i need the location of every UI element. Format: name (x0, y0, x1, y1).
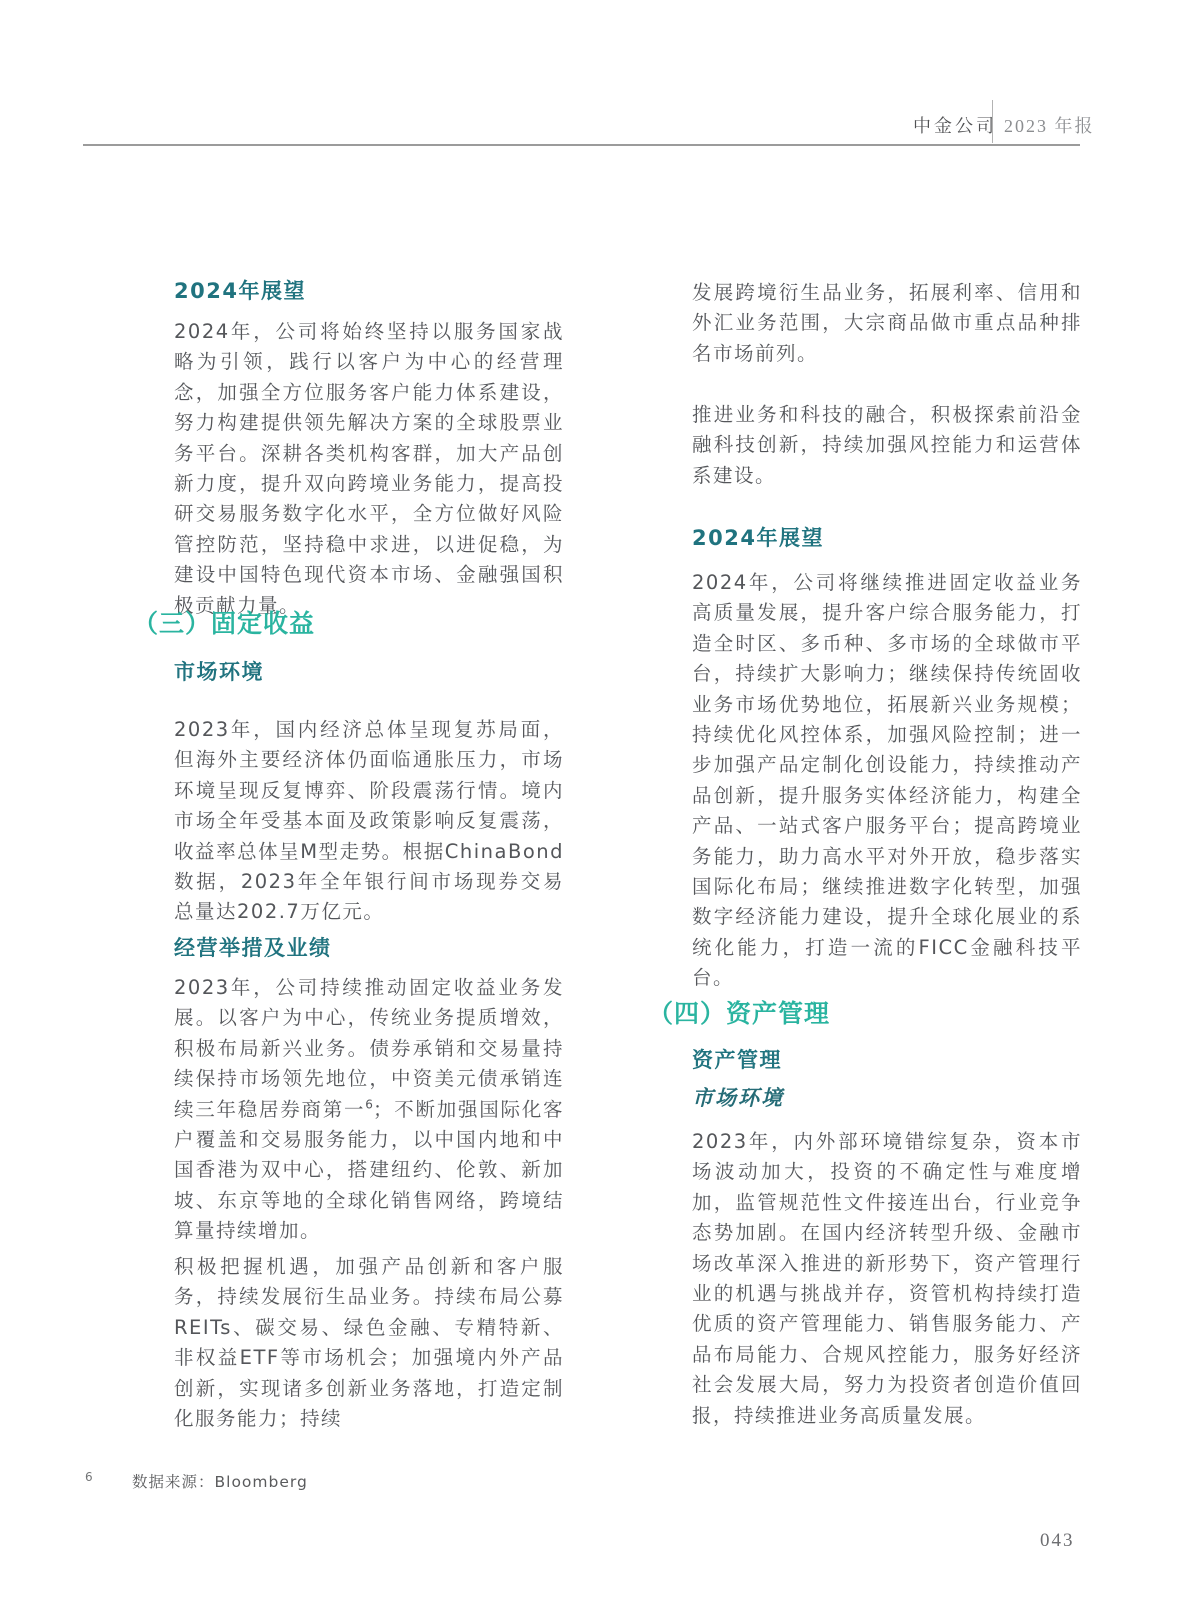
header-report-year: 2023 年报 (1004, 112, 1095, 138)
header-rule (83, 144, 1080, 146)
footnote-ref-superscript: 6 (365, 1097, 373, 1111)
section-heading-fixed-income: （三）固定收益 (133, 604, 315, 640)
footnote-text: 数据来源：Bloomberg (132, 1470, 308, 1492)
right-continuation-paragraph: 发展跨境衍生品业务，拓展利率、信用和外汇业务范围，大宗商品做市重点品种排名市场前… (692, 278, 1082, 369)
left-outlook-2024-paragraph: 2024年，公司将始终坚持以服务国家战略为引领，践行以客户为中心的经营理念，加强… (174, 317, 564, 621)
left-market-environment-heading: 市场环境 (174, 656, 264, 686)
page-number: 043 (1040, 1530, 1075, 1552)
right-market-environment-italic-heading: 市场环境 (692, 1082, 784, 1112)
left-market-environment-paragraph: 2023年，国内经济总体呈现复苏局面，但海外主要经济体仍面临通胀压力，市场环境呈… (174, 715, 564, 928)
report-page: 中金公司 2023 年报 2024年展望 2024年，公司将始终坚持以服务国家战… (0, 0, 1190, 1615)
left-operations-paragraph-2: 积极把握机遇，加强产品创新和客户服务，持续发展衍生品业务。持续布局公募REITs… (174, 1252, 564, 1434)
right-technology-paragraph: 推进业务和科技的融合，积极探索前沿金融科技创新，持续加强风控能力和运营体系建设。 (692, 400, 1082, 491)
left-operations-paragraph-1: 2023年，公司持续推动固定收益业务发展。以客户为中心，传统业务提质增效，积极布… (174, 973, 564, 1247)
right-outlook-2024-heading: 2024年展望 (692, 522, 824, 552)
right-outlook-2024-paragraph: 2024年，公司将继续推进固定收益业务高质量发展，提升客户综合服务能力，打造全时… (692, 568, 1082, 994)
left-operations-heading: 经营举措及业绩 (174, 932, 332, 962)
footnote-marker: 6 (85, 1470, 93, 1484)
section-heading-asset-management: （四）资产管理 (648, 994, 830, 1030)
header-company-name: 中金公司 (913, 112, 997, 138)
right-asset-management-heading: 资产管理 (692, 1044, 782, 1074)
right-asset-market-paragraph: 2023年，内外部环境错综复杂，资本市场波动加大，投资的不确定性与难度增加，监管… (692, 1127, 1082, 1431)
left-outlook-2024-heading: 2024年展望 (174, 275, 306, 305)
header-divider (992, 100, 993, 143)
